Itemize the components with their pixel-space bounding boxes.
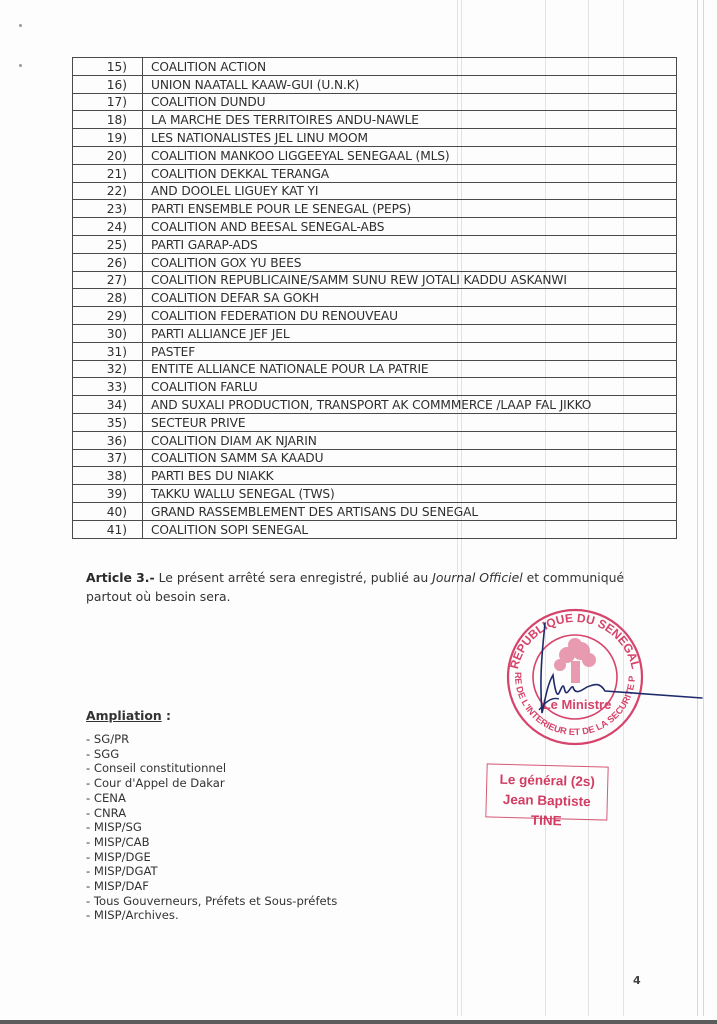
row-number: 37) xyxy=(73,449,143,467)
table-row: 40)GRAND RASSEMBLEMENT DES ARTISANS DU S… xyxy=(73,502,677,520)
party-name: COALITION ACTION xyxy=(143,58,677,76)
row-number: 38) xyxy=(73,467,143,485)
table-row: 37)COALITION SAMM SA KAADU xyxy=(73,449,677,467)
party-name: COALITION MANKOO LIGGEEYAL SENEGAAL (MLS… xyxy=(143,146,677,164)
ampliation-item: - SGG xyxy=(86,747,337,762)
table-row: 31)PASTEF xyxy=(73,342,677,360)
official-stamp: REPUBLIQUE DU SENEGAL MINISTERE DE L'INT… xyxy=(497,605,717,755)
row-number: 36) xyxy=(73,431,143,449)
ampliation-item: - MISP/DGAT xyxy=(86,864,337,879)
signatory-stamp: Le général (2s) Jean Baptiste TINE xyxy=(485,763,608,820)
stamp-seal-icon: REPUBLIQUE DU SENEGAL MINISTERE DE L'INT… xyxy=(497,605,717,755)
row-number: 34) xyxy=(73,396,143,414)
ampliation-item: - Cour d'Appel de Dakar xyxy=(86,776,337,791)
table-row: 17)COALITION DUNDU xyxy=(73,93,677,111)
table-row: 33)COALITION FARLU xyxy=(73,378,677,396)
scan-dot xyxy=(19,24,22,27)
ampliation-item: - Tous Gouverneurs, Préfets et Sous-préf… xyxy=(86,894,337,909)
scan-artifact-line xyxy=(703,0,704,1016)
table-row: 16)UNION NAATALL KAAW-GUI (U.N.K) xyxy=(73,75,677,93)
table-row: 24)COALITION AND BEESAL SENEGAL-ABS xyxy=(73,218,677,236)
page-number: 4 xyxy=(633,974,641,987)
table-row: 36)COALITION DIAM AK NJARIN xyxy=(73,431,677,449)
table-row: 15)COALITION ACTION xyxy=(73,58,677,76)
party-name: COALITION SOPI SENEGAL xyxy=(143,520,677,538)
ampliation-list: - SG/PR- SGG- Conseil constitutionnel- C… xyxy=(86,732,337,923)
party-name: COALITION GOX YU BEES xyxy=(143,253,677,271)
table-row: 20)COALITION MANKOO LIGGEEYAL SENEGAAL (… xyxy=(73,146,677,164)
row-number: 41) xyxy=(73,520,143,538)
ampliation-item: - MISP/DAF xyxy=(86,879,337,894)
ampliation-item: - MISP/CAB xyxy=(86,835,337,850)
row-number: 25) xyxy=(73,235,143,253)
party-name: AND DOOLEL LIGUEY KAT YI xyxy=(143,182,677,200)
table-row: 32)ENTITE ALLIANCE NATIONALE POUR LA PAT… xyxy=(73,360,677,378)
party-name: LES NATIONALISTES JEL LINU MOOM xyxy=(143,129,677,147)
row-number: 23) xyxy=(73,200,143,218)
table-row: 27)COALITION REPUBLICAINE/SAMM SUNU REW … xyxy=(73,271,677,289)
ampliation-item: - CENA xyxy=(86,791,337,806)
party-name: SECTEUR PRIVE xyxy=(143,413,677,431)
table-row: 21)COALITION DEKKAL TERANGA xyxy=(73,164,677,182)
party-name: COALITION DEFAR SA GOKH xyxy=(143,289,677,307)
row-number: 28) xyxy=(73,289,143,307)
row-number: 40) xyxy=(73,502,143,520)
party-name: ENTITE ALLIANCE NATIONALE POUR LA PATRIE xyxy=(143,360,677,378)
row-number: 33) xyxy=(73,378,143,396)
row-number: 31) xyxy=(73,342,143,360)
row-number: 24) xyxy=(73,218,143,236)
row-number: 29) xyxy=(73,307,143,325)
table-row: 23)PARTI ENSEMBLE POUR LE SENEGAL (PEPS) xyxy=(73,200,677,218)
row-number: 19) xyxy=(73,129,143,147)
table-row: 41)COALITION SOPI SENEGAL xyxy=(73,520,677,538)
row-number: 17) xyxy=(73,93,143,111)
parties-table: 15)COALITION ACTION16)UNION NAATALL KAAW… xyxy=(72,57,677,539)
party-name: PARTI BES DU NIAKK xyxy=(143,467,677,485)
scan-dot xyxy=(19,64,22,67)
party-name: LA MARCHE DES TERRITOIRES ANDU-NAWLE xyxy=(143,111,677,129)
ampliation-item: - SG/PR xyxy=(86,732,337,747)
scan-artifact-line xyxy=(697,0,698,1016)
party-name: GRAND RASSEMBLEMENT DES ARTISANS DU SENE… xyxy=(143,502,677,520)
table-row: 22)AND DOOLEL LIGUEY KAT YI xyxy=(73,182,677,200)
ampliation-item: - Conseil constitutionnel xyxy=(86,761,337,776)
party-name: TAKKU WALLU SENEGAL (TWS) xyxy=(143,485,677,503)
party-name: COALITION DUNDU xyxy=(143,93,677,111)
table-row: 18)LA MARCHE DES TERRITOIRES ANDU-NAWLE xyxy=(73,111,677,129)
party-name: UNION NAATALL KAAW-GUI (U.N.K) xyxy=(143,75,677,93)
row-number: 39) xyxy=(73,485,143,503)
ampliation-item: - MISP/Archives. xyxy=(86,908,337,923)
table-row: 19)LES NATIONALISTES JEL LINU MOOM xyxy=(73,129,677,147)
ampliation-item: - MISP/DGE xyxy=(86,850,337,865)
table-row: 28)COALITION DEFAR SA GOKH xyxy=(73,289,677,307)
table-row: 39)TAKKU WALLU SENEGAL (TWS) xyxy=(73,485,677,503)
row-number: 15) xyxy=(73,58,143,76)
table-row: 26)COALITION GOX YU BEES xyxy=(73,253,677,271)
row-number: 18) xyxy=(73,111,143,129)
table-row: 38)PARTI BES DU NIAKK xyxy=(73,467,677,485)
article-label: Article 3.- xyxy=(86,570,155,585)
party-name: COALITION REPUBLICAINE/SAMM SUNU REW JOT… xyxy=(143,271,677,289)
table-row: 34)AND SUXALI PRODUCTION, TRANSPORT AK C… xyxy=(73,396,677,414)
table-row: 30)PARTI ALLIANCE JEF JEL xyxy=(73,324,677,342)
ampliation-title: Ampliation : xyxy=(86,708,337,723)
party-name: PARTI ENSEMBLE POUR LE SENEGAL (PEPS) xyxy=(143,200,677,218)
row-number: 35) xyxy=(73,413,143,431)
article-3: Article 3.- Le présent arrêté sera enreg… xyxy=(86,568,646,606)
signatory-name: Jean Baptiste TINE xyxy=(486,789,607,832)
table-row: 35)SECTEUR PRIVE xyxy=(73,413,677,431)
party-name: COALITION DEKKAL TERANGA xyxy=(143,164,677,182)
party-name: COALITION FEDERATION DU RENOUVEAU xyxy=(143,307,677,325)
ampliation-item: - MISP/SG xyxy=(86,820,337,835)
row-number: 32) xyxy=(73,360,143,378)
row-number: 22) xyxy=(73,182,143,200)
row-number: 27) xyxy=(73,271,143,289)
article-text-before: Le présent arrêté sera enregistré, publi… xyxy=(155,570,433,585)
ampliation-item: - CNRA xyxy=(86,806,337,821)
table-row: 25)PARTI GARAP-ADS xyxy=(73,235,677,253)
row-number: 30) xyxy=(73,324,143,342)
party-name: COALITION DIAM AK NJARIN xyxy=(143,431,677,449)
party-name: COALITION AND BEESAL SENEGAL-ABS xyxy=(143,218,677,236)
party-name: COALITION SAMM SA KAADU xyxy=(143,449,677,467)
ampliation-block: Ampliation : - SG/PR- SGG- Conseil const… xyxy=(86,708,337,923)
bottom-border xyxy=(0,1020,717,1024)
party-name: PASTEF xyxy=(143,342,677,360)
row-number: 26) xyxy=(73,253,143,271)
party-name: COALITION FARLU xyxy=(143,378,677,396)
party-name: AND SUXALI PRODUCTION, TRANSPORT AK COMM… xyxy=(143,396,677,414)
table-row: 29)COALITION FEDERATION DU RENOUVEAU xyxy=(73,307,677,325)
party-name: PARTI ALLIANCE JEF JEL xyxy=(143,324,677,342)
row-number: 16) xyxy=(73,75,143,93)
row-number: 21) xyxy=(73,164,143,182)
journal-officiel: Journal Officiel xyxy=(432,570,522,585)
row-number: 20) xyxy=(73,146,143,164)
party-name: PARTI GARAP-ADS xyxy=(143,235,677,253)
